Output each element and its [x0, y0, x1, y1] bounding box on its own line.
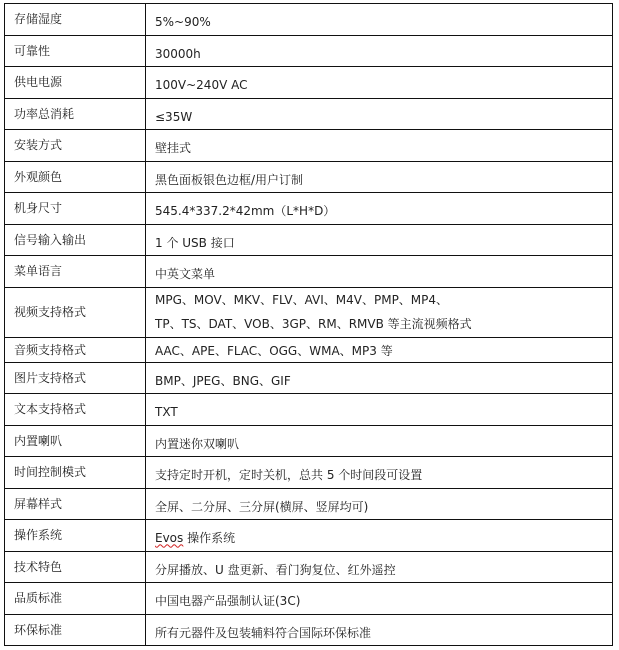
table-row: 视频支持格式 MPG、MOV、MKV、FLV、AVI、M4V、PMP、MP4、 … [5, 287, 613, 337]
spec-value-power-consumption: ≤35W [146, 98, 613, 130]
spec-label-quality-standard: 品质标准 [5, 583, 146, 615]
spec-label-screen-style: 屏幕样式 [5, 488, 146, 520]
spec-label-signal-io: 信号输入输出 [5, 224, 146, 256]
spec-label-image-formats: 图片支持格式 [5, 362, 146, 394]
spec-value-image-formats: BMP、JPEG、BNG、GIF [146, 362, 613, 394]
table-row: 信号输入输出 1 个 USB 接口 [5, 224, 613, 256]
spec-value-signal-io: 1 个 USB 接口 [146, 224, 613, 256]
spec-label-installation: 安装方式 [5, 130, 146, 162]
table-row: 菜单语言 中英文菜单 [5, 256, 613, 288]
table-row: 功率总消耗 ≤35W [5, 98, 613, 130]
table-row: 环保标准 所有元器件及包装辅料符合国际环保标准 [5, 614, 613, 646]
spec-label-power-supply: 供电电源 [5, 67, 146, 99]
spec-value-storage-humidity: 5%~90% [146, 4, 613, 36]
spec-label-power-consumption: 功率总消耗 [5, 98, 146, 130]
table-row: 操作系统 Evos 操作系统 [5, 520, 613, 552]
table-row: 文本支持格式 TXT [5, 394, 613, 426]
table-row: 供电电源 100V~240V AC [5, 67, 613, 99]
spec-label-storage-humidity: 存储湿度 [5, 4, 146, 36]
table-row: 时间控制模式 支持定时开机，定时关机，总共 5 个时间段可设置 [5, 457, 613, 489]
spec-value-time-control: 支持定时开机，定时关机，总共 5 个时间段可设置 [146, 457, 613, 489]
spec-label-tech-features: 技术特色 [5, 551, 146, 583]
spec-label-operating-system: 操作系统 [5, 520, 146, 552]
spec-value-audio-formats: AAC、APE、FLAC、OGG、WMA、MP3 等 [146, 337, 613, 362]
spec-label-reliability: 可靠性 [5, 35, 146, 67]
table-row: 安装方式 壁挂式 [5, 130, 613, 162]
video-formats-line-1: MPG、MOV、MKV、FLV、AVI、M4V、PMP、MP4、 [155, 288, 603, 312]
table-row: 图片支持格式 BMP、JPEG、BNG、GIF [5, 362, 613, 394]
spec-value-reliability: 30000h [146, 35, 613, 67]
spec-value-video-formats: MPG、MOV、MKV、FLV、AVI、M4V、PMP、MP4、 TP、TS、D… [146, 287, 613, 337]
os-suffix: 操作系统 [183, 531, 235, 545]
video-formats-line-2: TP、TS、DAT、VOB、3GP、RM、RMVB 等主流视频格式 [155, 312, 603, 336]
spec-value-dimensions: 545.4*337.2*42mm（L*H*D） [146, 193, 613, 225]
table-row: 内置喇叭 内置迷你双喇叭 [5, 425, 613, 457]
spec-label-audio-formats: 音频支持格式 [5, 337, 146, 362]
table-row: 屏幕样式 全屏、二分屏、三分屏(横屏、竖屏均可) [5, 488, 613, 520]
spec-value-environmental-standard: 所有元器件及包装辅料符合国际环保标准 [146, 614, 613, 646]
spec-value-built-in-speaker: 内置迷你双喇叭 [146, 425, 613, 457]
spec-value-text-formats: TXT [146, 394, 613, 426]
spec-label-built-in-speaker: 内置喇叭 [5, 425, 146, 457]
spec-value-power-supply: 100V~240V AC [146, 67, 613, 99]
spec-value-menu-language: 中英文菜单 [146, 256, 613, 288]
spec-value-installation: 壁挂式 [146, 130, 613, 162]
spec-label-dimensions: 机身尺寸 [5, 193, 146, 225]
table-row: 机身尺寸 545.4*337.2*42mm（L*H*D） [5, 193, 613, 225]
spec-label-menu-language: 菜单语言 [5, 256, 146, 288]
spec-value-appearance-color: 黑色面板银色边框/用户订制 [146, 161, 613, 193]
spec-label-time-control: 时间控制模式 [5, 457, 146, 489]
spec-value-operating-system: Evos 操作系统 [146, 520, 613, 552]
spec-label-video-formats: 视频支持格式 [5, 287, 146, 337]
table-row: 存储湿度 5%~90% [5, 4, 613, 36]
spec-value-screen-style: 全屏、二分屏、三分屏(横屏、竖屏均可) [146, 488, 613, 520]
spec-table: 存储湿度 5%~90% 可靠性 30000h 供电电源 100V~240V AC… [4, 3, 613, 646]
os-name-spellcheck: Evos [155, 531, 183, 545]
table-row: 音频支持格式 AAC、APE、FLAC、OGG、WMA、MP3 等 [5, 337, 613, 362]
spec-label-text-formats: 文本支持格式 [5, 394, 146, 426]
spec-label-appearance-color: 外观颜色 [5, 161, 146, 193]
table-row: 可靠性 30000h [5, 35, 613, 67]
spec-label-environmental-standard: 环保标准 [5, 614, 146, 646]
spec-value-tech-features: 分屏播放、U 盘更新、看门狗复位、红外遥控 [146, 551, 613, 583]
table-row: 外观颜色 黑色面板银色边框/用户订制 [5, 161, 613, 193]
table-row: 技术特色 分屏播放、U 盘更新、看门狗复位、红外遥控 [5, 551, 613, 583]
spec-value-quality-standard: 中国电器产品强制认证(3C) [146, 583, 613, 615]
table-row: 品质标准 中国电器产品强制认证(3C) [5, 583, 613, 615]
